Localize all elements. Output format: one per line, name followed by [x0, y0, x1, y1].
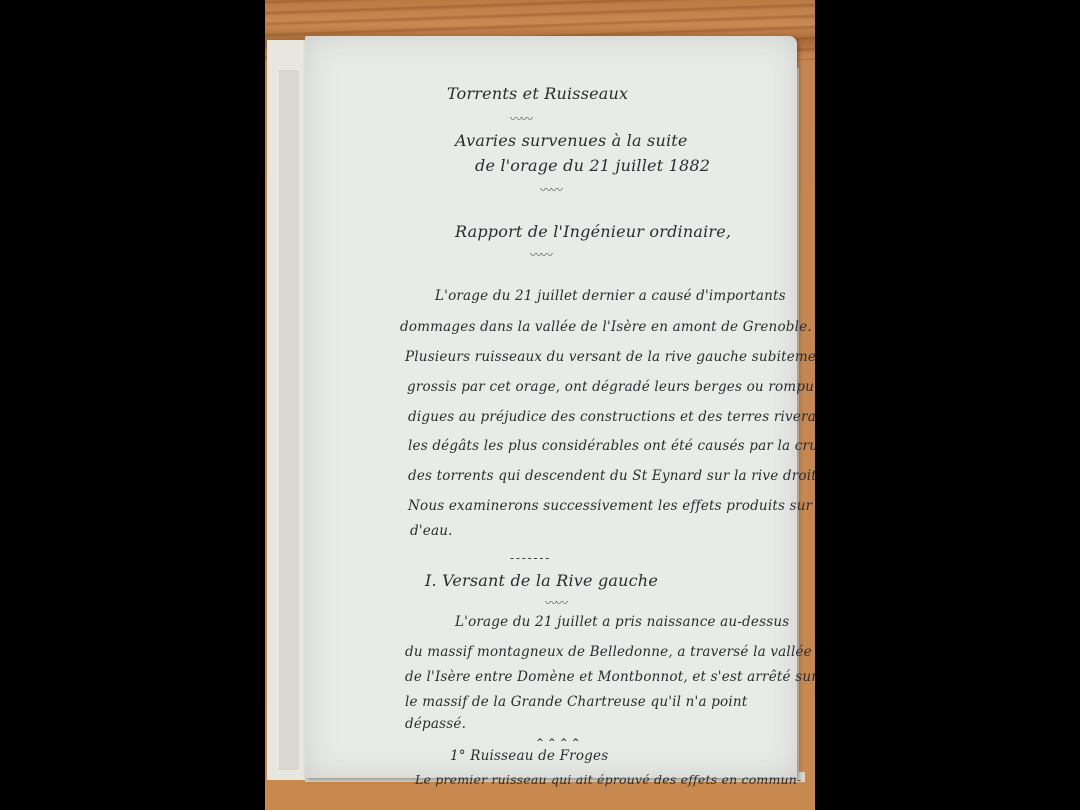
document-photo: Torrents et Ruisseaux 〰〰 Avaries survenu…	[265, 0, 815, 810]
heading-line-3: de l'orage du 21 juillet 1882	[475, 156, 710, 175]
separator: - - - - - - -	[510, 551, 548, 565]
underlying-sheet-left-inner	[279, 70, 299, 770]
intro-line: grossis par cet orage, ont dégradé leurs…	[407, 379, 815, 395]
intro-line: Plusieurs ruisseaux du versant de la riv…	[405, 349, 815, 365]
intro-line: d'eau.	[410, 523, 453, 539]
section-1-line: dépassé.	[405, 716, 466, 732]
intro-line: L'orage du 21 juillet dernier a causé d'…	[435, 288, 786, 304]
section-1-title: I. Versant de la Rive gauche	[425, 571, 658, 590]
separator: 〰〰	[540, 181, 562, 198]
separator: 〰〰	[545, 594, 567, 611]
subsection-1-title: 1° Ruisseau de Froges	[450, 748, 608, 764]
subsection-1-line: Le premier ruisseau qui ait éprouvé des …	[415, 772, 801, 787]
section-1-line: le massif de la Grande Chartreuse qu'il …	[405, 694, 747, 710]
intro-line: des torrents qui descendent du St Eynard…	[408, 468, 815, 484]
section-1-line: de l'Isère entre Domène et Montbonnot, e…	[405, 669, 815, 685]
intro-line: les dégâts les plus considérables ont ét…	[408, 438, 815, 454]
intro-line: digues au préjudice des constructions et…	[408, 409, 815, 425]
intro-line: Nous examinerons successivement les effe…	[408, 498, 815, 514]
intro-line: dommages dans la vallée de l'Isère en am…	[400, 319, 812, 335]
separator: 〰〰	[530, 246, 552, 263]
separator: 〰〰	[510, 110, 532, 127]
heading-line-2: Avaries survenues à la suite	[455, 131, 688, 150]
manuscript-page: Torrents et Ruisseaux 〰〰 Avaries survenu…	[305, 36, 797, 778]
section-1-line: du massif montagneux de Belledonne, a tr…	[405, 644, 812, 660]
section-1-line: L'orage du 21 juillet a pris naissance a…	[455, 614, 789, 630]
heading-line-1: Torrents et Ruisseaux	[447, 84, 628, 103]
report-subtitle: Rapport de l'Ingénieur ordinaire,	[455, 222, 731, 241]
